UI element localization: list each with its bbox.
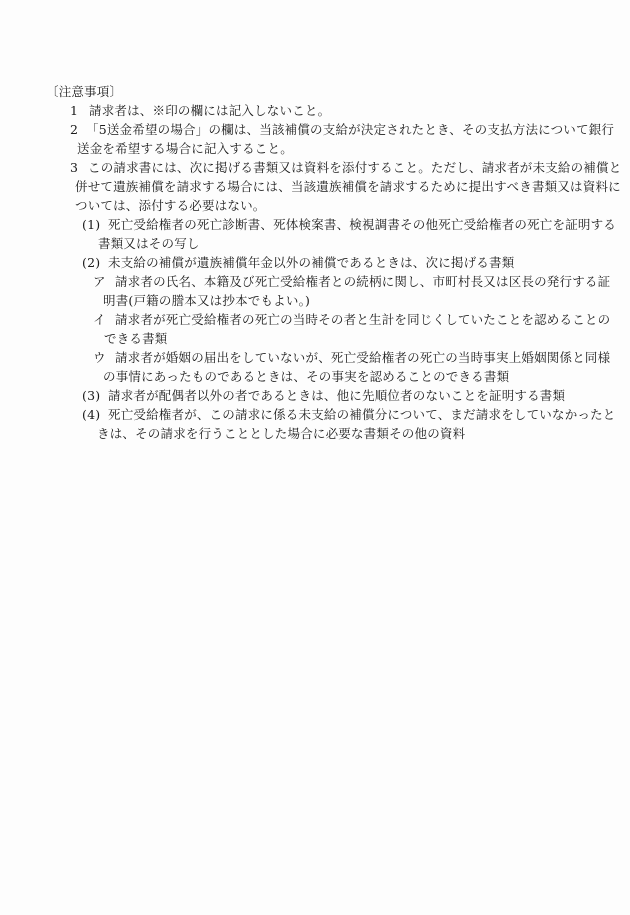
sub-sub-item-text-continuation: の事情にあったものであるときは、その事実を認めることのできる書類	[103, 369, 509, 385]
sub-item-text: 死亡受給権者の死亡診断書、死体検案書、検視調書その他死亡受給権者の死亡を証明する	[108, 217, 616, 233]
sub-sub-item-text: 請求者が婚姻の届出をしていないが、死亡受給権者の死亡の当時事実上婚姻関係と同様	[115, 350, 610, 366]
sub-sub-item-text: 請求者が死亡受給権者の死亡の当時その者と生計を同じくしていたことを認めることの	[115, 312, 610, 328]
note-number: 1	[70, 103, 78, 119]
sub-item-text: 未支給の補償が遺族補償年金以外の補償であるときは、次に掲げる書類	[108, 255, 514, 271]
note-text-continuation: ついては、添付する必要はない。	[75, 198, 266, 214]
note-text: 請求者は、※印の欄には記入しないこと。	[89, 103, 330, 119]
sub-item-number: (2)	[82, 255, 100, 271]
sub-item-text: 請求者が配偶者以外の者であるときは、他に先順位者のないことを証明する書類	[108, 388, 565, 404]
note-number: 3	[70, 160, 78, 176]
sub-item-text-continuation: 書類又はその写し	[98, 236, 200, 252]
sub-item-number: (1)	[82, 217, 100, 233]
note-text-continuation: 送金を希望する場合に記入すること。	[77, 141, 293, 157]
notes-heading: 〔注意事項〕	[46, 84, 122, 100]
sub-sub-item-number: ア	[93, 274, 106, 290]
sub-item-text: 死亡受給権者が、この請求に係る未支給の補償分について、まだ請求をしていなかったと	[108, 407, 616, 423]
sub-sub-item-text: 請求者の氏名、本籍及び死亡受給権者との続柄に関し、市町村長又は区長の発行する証	[115, 274, 610, 290]
sub-item-number: (4)	[82, 407, 100, 423]
note-number: 2	[70, 122, 78, 138]
sub-sub-item-number: イ	[93, 312, 106, 328]
sub-sub-item-text-continuation: できる書類	[104, 331, 168, 347]
note-text-continuation: 併せて遺族補償を請求する場合には、当該遺族補償を請求するために提出すべき書類又は…	[75, 179, 621, 195]
note-text: この請求書には、次に掲げる書類又は資料を添付すること。ただし、請求者が未支給の補…	[88, 160, 621, 176]
sub-sub-item-number: ウ	[93, 350, 106, 366]
note-text: 「5送金希望の場合」の欄は、当該補償の支給が決定されたとき、その支払方法について…	[86, 122, 614, 138]
sub-sub-item-text-continuation: 明書(戸籍の謄本又は抄本でもよい。)	[103, 293, 310, 309]
sub-item-text-continuation: きは、その請求を行うこととした場合に必要な書類その他の資料	[97, 426, 465, 442]
sub-item-number: (3)	[82, 388, 100, 404]
